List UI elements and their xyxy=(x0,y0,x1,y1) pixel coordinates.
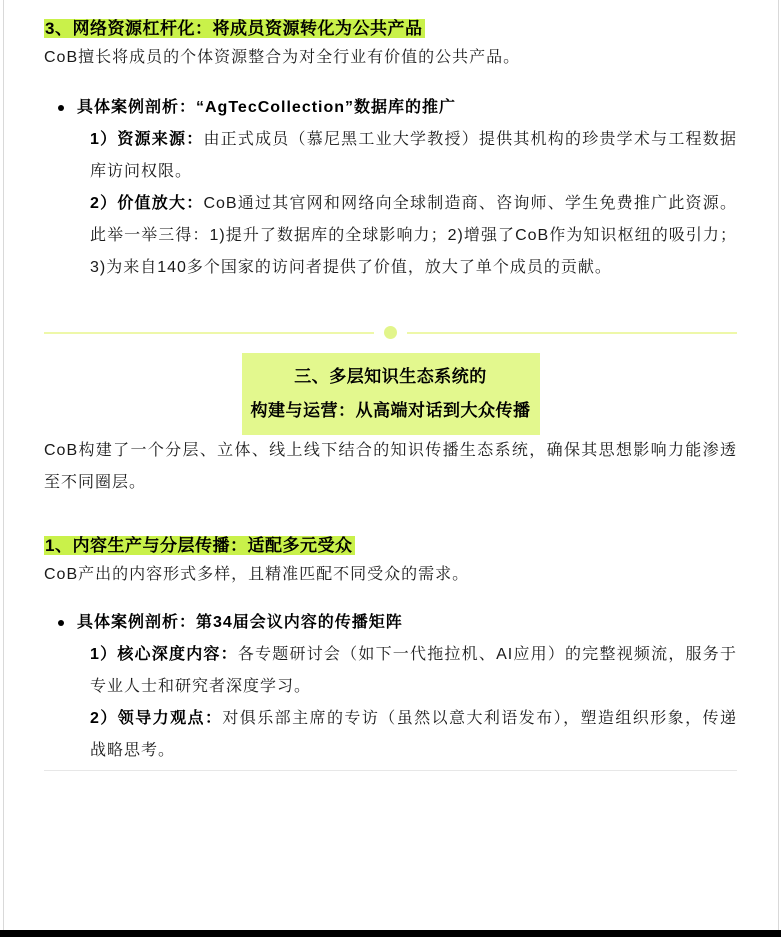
heading-highlight: 3、网络资源杠杆化：将成员资源转化为公共产品 xyxy=(44,19,425,38)
point-label: 2）价值放大： xyxy=(90,195,203,212)
divider-line-left xyxy=(44,332,374,334)
section-heading-content-production: 1、内容生产与分层传播：适配多元受众 xyxy=(44,533,737,559)
point-label: 1）资源来源： xyxy=(90,131,203,148)
divider-line-right xyxy=(407,332,737,334)
paragraph-value-amplification: 2）价值放大：CoB通过其官网和网络向全球制造商、咨询师、学生免费推广此资源。此… xyxy=(90,188,737,284)
case-bullet-34th-conference: 具体案例剖析：第34届会议内容的传播矩阵 xyxy=(44,607,737,639)
divider-dot-icon xyxy=(384,326,397,339)
point-label: 2）领导力观点： xyxy=(90,710,222,727)
paragraph-core-deep-content: 1）核心深度内容：各专题研讨会（如下一代拖拉机、AI应用）的完整视频流，服务于专… xyxy=(90,639,737,703)
bottom-bar xyxy=(0,930,781,937)
article-content: 3、网络资源杠杆化：将成员资源转化为公共产品 CoB擅长将成员的个体资源整合为对… xyxy=(0,16,781,771)
case-bullet-agteccollection: 具体案例剖析：“AgTecCollection”数据库的推广 xyxy=(44,92,737,124)
article-page: 3、网络资源杠杆化：将成员资源转化为公共产品 CoB擅长将成员的个体资源整合为对… xyxy=(0,0,781,937)
paragraph-ecosystem-intro: CoB构建了一个分层、立体、线上线下结合的知识传播生态系统，确保其思想影响力能渗… xyxy=(44,435,737,499)
case-bullet-label: 具体案例剖析：“AgTecCollection”数据库的推广 xyxy=(77,92,456,124)
bullet-icon xyxy=(58,105,64,111)
case-bullet-label: 具体案例剖析：第34届会议内容的传播矩阵 xyxy=(77,607,403,639)
section-divider xyxy=(44,326,737,339)
paragraph-leadership-view: 2）领导力观点：对俱乐部主席的专访（虽然以意大利语发布），塑造组织形象，传递战略… xyxy=(90,703,737,767)
paragraph-section3-intro: CoB擅长将成员的个体资源整合为对全行业有价值的公共产品。 xyxy=(44,42,737,74)
section-title-block: 三、多层知识生态系统的 构建与运营：从高端对话到大众传播 xyxy=(242,353,540,435)
point-label: 1）核心深度内容： xyxy=(90,646,238,663)
paragraph-resource-origin: 1）资源来源：由正式成员（慕尼黑工业大学教授）提供其机构的珍贵学术与工程数据库访… xyxy=(90,124,737,188)
bullet-icon xyxy=(58,620,64,626)
end-rule xyxy=(44,770,737,771)
heading-highlight: 1、内容生产与分层传播：适配多元受众 xyxy=(44,536,355,555)
section-heading-network-leverage: 3、网络资源杠杆化：将成员资源转化为公共产品 xyxy=(44,16,737,42)
section-title-line1: 三、多层知识生态系统的 xyxy=(248,360,534,394)
paragraph-content-forms: CoB产出的内容形式多样，且精准匹配不同受众的需求。 xyxy=(44,559,737,591)
section-title-line2: 构建与运营：从高端对话到大众传播 xyxy=(248,394,534,428)
